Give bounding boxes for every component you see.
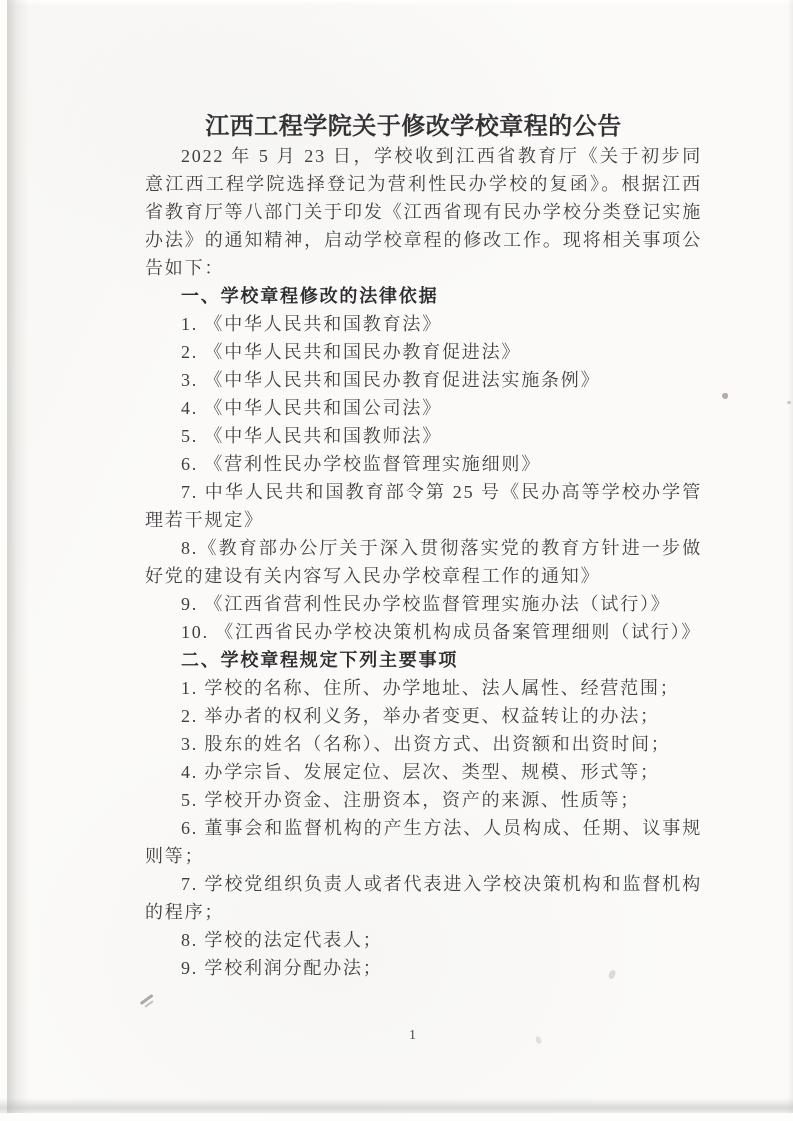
legal-basis-item-4: 4. 《中华人民共和国公司法》: [145, 394, 702, 422]
legal-basis-item-8: 8.《教育部办公厅关于深入贯彻落实党的教育方针进一步做好党的建设有关内容写入民办…: [145, 534, 702, 590]
pen-mark: [144, 1000, 153, 1007]
charter-item-7: 7. 学校党组织负责人或者代表进入学校决策机构和监督机构的程序；: [145, 870, 702, 926]
scan-bottom-edge: [0, 1113, 793, 1121]
intro-paragraph: 2022 年 5 月 23 日，学校收到江西省教育厅《关于初步同意江西工程学院选…: [145, 142, 702, 282]
scan-left-edge-shadow: [7, 0, 29, 1121]
charter-item-1: 1. 学校的名称、住所、办学地址、法人属性、经营范围；: [145, 674, 702, 702]
section-1-heading: 一、学校章程修改的法律依据: [145, 282, 702, 310]
document-title: 江西工程学院关于修改学校章程的公告: [135, 112, 692, 142]
legal-basis-item-3: 3. 《中华人民共和国民办教育促进法实施条例》: [145, 366, 702, 394]
legal-basis-item-1: 1. 《中华人民共和国教育法》: [145, 310, 702, 338]
scan-right-edge-shadow: [787, 0, 793, 1121]
charter-item-9: 9. 学校利润分配办法；: [145, 954, 702, 982]
scan-speck: [722, 393, 728, 399]
charter-item-2: 2. 举办者的权利义务，举办者变更、权益转让的办法；: [145, 702, 702, 730]
charter-item-8: 8. 学校的法定代表人；: [145, 926, 702, 954]
scan-left-edge: [0, 0, 7, 1121]
legal-basis-item-6: 6. 《营利性民办学校监督管理实施细则》: [145, 450, 702, 478]
section-2-heading: 二、学校章程规定下列主要事项: [145, 646, 702, 674]
legal-basis-item-9: 9. 《江西省营利性民办学校监督管理实施办法（试行）》: [145, 590, 702, 618]
scanned-document-page: 江西工程学院关于修改学校章程的公告 2022 年 5 月 23 日，学校收到江西…: [0, 0, 793, 1121]
legal-basis-item-7: 7. 中华人民共和国教育部令第 25 号《民办高等学校办学管理若干规定》: [145, 478, 702, 534]
scan-speck: [787, 401, 791, 404]
document-body: 江西工程学院关于修改学校章程的公告 2022 年 5 月 23 日，学校收到江西…: [145, 0, 702, 982]
legal-basis-item-5: 5. 《中华人民共和国教师法》: [145, 422, 702, 450]
charter-item-3: 3. 股东的姓名（名称）、出资方式、出资额和出资时间；: [145, 730, 702, 758]
scan-bottom-edge-shadow: [0, 1098, 793, 1113]
charter-item-4: 4. 办学宗旨、发展定位、层次、类型、规模、形式等；: [145, 758, 702, 786]
scan-speck: [535, 1035, 542, 1044]
charter-item-5: 5. 学校开办资金、注册资本，资产的来源、性质等；: [145, 786, 702, 814]
charter-item-6: 6. 董事会和监督机构的产生方法、人员构成、任期、议事规则等；: [145, 814, 702, 870]
legal-basis-item-10: 10. 《江西省民办学校决策机构成员备案管理细则（试行）》: [145, 618, 702, 646]
page-number: 1: [409, 1028, 416, 1044]
legal-basis-item-2: 2. 《中华人民共和国民办教育促进法》: [145, 338, 702, 366]
